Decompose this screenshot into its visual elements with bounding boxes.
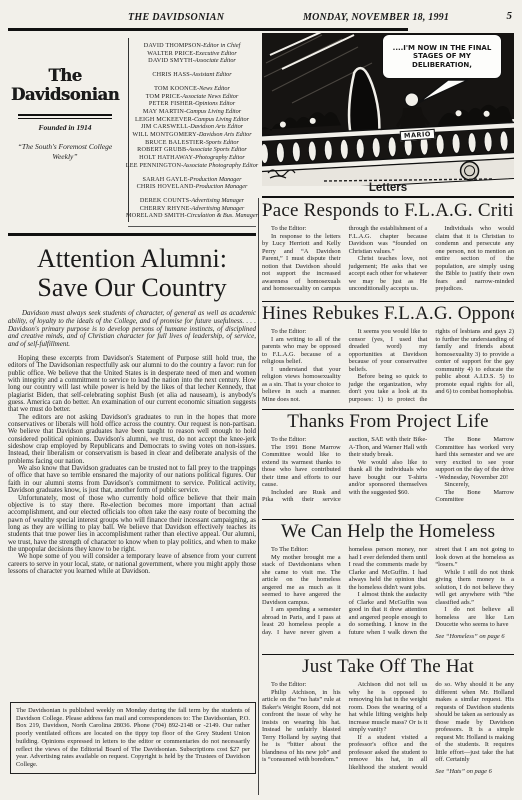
letter-paragraph: Individuals who would claim that it is C…: [435, 225, 514, 293]
editorial-title-line2: Save Our Country: [37, 273, 226, 302]
letter-paragraph: The Bone Marrow Committee has worked ver…: [435, 436, 514, 481]
letter-paragraph: The 1991 Bone Marrow Committee would lik…: [262, 444, 341, 489]
staff-line: LEIGH MCKEEVERCampus Living Editor: [118, 116, 266, 124]
masthead-bottom-rule: [128, 226, 256, 227]
continuation-note: See “Homeless” on page 6: [435, 633, 514, 641]
staff-name: MAY MARTIN: [143, 108, 184, 115]
letter-pace: Pace Responds to F.L.A.G. Critics To the…: [262, 199, 514, 301]
staff-line: ROBERT GRUBBAssociate Sports Editor: [118, 146, 266, 154]
letter-paragraph: To the Editor:: [262, 328, 341, 336]
staff-name: PETER FISHER: [149, 100, 193, 107]
staff-role: Associate News Editor: [180, 93, 238, 100]
staff-line: PETER FISHEROpinions Editor: [118, 100, 266, 108]
nameplate-founded: Founded in 1914: [6, 123, 124, 132]
staff-name: TOM PRICE: [146, 93, 181, 100]
staff-line: DAVID SMYTHAssociate Editor: [118, 57, 266, 65]
staff-name: WILL MONTGOMERY: [132, 131, 196, 138]
staff-role: Photography Editor: [193, 154, 245, 161]
editorial-top-rule: [8, 233, 256, 236]
staff-role: Sports Editor: [204, 139, 239, 146]
letter-paragraph: We would also like to thank all the indi…: [349, 459, 428, 497]
letter-paragraph: It seems you would like to censor (yes, …: [349, 328, 428, 373]
letter-body: To the Editor:I am writing to all of the…: [262, 328, 514, 406]
letter-hines: Hines Rebukes F.L.A.G. Opponents To the …: [262, 301, 514, 409]
staff-name: BRUCE BALESTIER: [145, 139, 204, 146]
letter-paragraph: I do not believe all homeless are like L…: [435, 606, 514, 629]
running-head-paper-name: THE DAVIDSONIAN: [128, 12, 224, 23]
staff-line: CHERRY RHYNEAdvertising Manager: [118, 205, 266, 213]
staff-line: CHRIS HASSAssistant Editor: [118, 71, 266, 79]
staff-name: CHRIS HOVELAND: [137, 183, 194, 190]
staff-line: JIM CARSWELLDavidson Arts Editor: [118, 123, 266, 131]
editorial-paragraph: The editors are not asking Davidson's gr…: [8, 414, 256, 465]
letter-paragraph: Philip Atchison, in his article on the “…: [262, 689, 341, 764]
letter-headline: We Can Help the Homeless: [262, 521, 514, 543]
letter-paragraphs: To The Editor:My mother brought me a sta…: [262, 546, 514, 640]
staff-line: LEE PENNINGTONAssociate Photography Edit…: [118, 162, 266, 170]
staff-group: SARAH GAYLEProduction ManagerCHRIS HOVEL…: [118, 176, 266, 191]
staff-role: Campus Living Editor: [184, 108, 241, 115]
staff-role: Associate Editor: [193, 57, 236, 64]
staff-group: DAVID THOMPSONEditor in ChiefWALTER PRIC…: [118, 42, 266, 65]
staff-role: Davidson Arts Editor: [188, 123, 243, 130]
editorial-paragraph: We hope some of you will consider a temp…: [8, 553, 256, 575]
newspaper-page: THE DAVIDSONIAN MONDAY, NOVEMBER 18, 199…: [0, 0, 522, 800]
cartoon-speech-bubble: ....I'm now in the final stages of my de…: [382, 34, 502, 79]
letter-paragraphs: To the Editor:Philip Atchison, in his ar…: [262, 681, 514, 775]
staff-name: ROBERT GRUBB: [137, 146, 186, 153]
letter-paragraph: My mother brought me a stack of Davidson…: [262, 554, 341, 607]
editorial-paragraph: We also know that Davidson graduates can…: [8, 465, 256, 494]
staff-name: DAVID SMYTH: [148, 57, 193, 64]
editorial-body: Hoping these excerpts from Davidson's St…: [8, 355, 256, 701]
editorial-paragraph: Hoping these excerpts from Davidson's St…: [8, 355, 256, 414]
staff-line: SARAH GAYLEProduction Manager: [118, 176, 266, 184]
staff-line: WALTER PRICEExecutive Editor: [118, 50, 266, 58]
staff-name: CHRIS HASS: [152, 71, 190, 78]
letter-paragraph: To The Editor:: [262, 546, 341, 554]
staff-name: JIM CARSWELL: [141, 123, 188, 130]
editorial-quote: Davidson must always seek students of ch…: [8, 310, 256, 349]
letter-body: To the Editor:Philip Atchison, in his ar…: [262, 681, 514, 791]
staff-role: Campus Living Editor: [192, 116, 249, 123]
staff-role: News Editor: [197, 85, 230, 92]
running-head-date: MONDAY, NOVEMBER 18, 1991: [303, 12, 449, 23]
staff-name: DEREK COUNTS: [140, 197, 189, 204]
staff-name: SARAH GAYLE: [142, 176, 187, 183]
continuation-note: See “Hats” on page 6: [435, 768, 514, 776]
staff-role: Opinions Editor: [193, 100, 235, 107]
letter-paragraph: Sincerely,: [435, 481, 514, 489]
letter-body: To the Editor:The 1991 Bone Marrow Commi…: [262, 436, 514, 516]
staff-role: Editor in Chief: [201, 42, 240, 49]
letter-paragraph: To the Editor:: [262, 436, 341, 444]
staff-line: CHRIS HOVELANDProduction Manager: [118, 183, 266, 191]
staff-role: Production Manager: [194, 183, 248, 190]
letters-rule: [262, 196, 514, 198]
editorial-article: Attention Alumni:Save Our Country Davids…: [8, 242, 256, 701]
staff-name: LEIGH MCKEEVER: [135, 116, 192, 123]
letter-paragraph: I am writing to all of the parents who m…: [262, 336, 341, 366]
staff-line: MAY MARTINCampus Living Editor: [118, 108, 266, 116]
letter-project-life: Thanks From Project Life To the Editor:T…: [262, 409, 514, 519]
letter-headline: Pace Responds to F.L.A.G. Critics: [262, 200, 514, 222]
colophon-box: The Davidsonian is published weekly on M…: [10, 702, 256, 774]
letter-paragraphs: To the Editor:In response to the letters…: [262, 225, 514, 299]
staff-group: DEREK COUNTSAdvertising ManagerCHERRY RH…: [118, 197, 266, 220]
letter-body: To The Editor:My mother brought me a sta…: [262, 546, 514, 650]
staff-line: WILL MONTGOMERYDavidson Arts Editor: [118, 131, 266, 139]
editorial-title: Attention Alumni:Save Our Country: [8, 244, 256, 302]
letter-paragraph: Christ teaches love, not judgement; He a…: [349, 255, 428, 293]
staff-role: Davidson Arts Editor: [197, 131, 252, 138]
staff-role: Associate Photography Editor: [181, 162, 258, 169]
letter-paragraphs: To the Editor:The 1991 Bone Marrow Commi…: [262, 436, 514, 504]
staff-name: LEE PENNINGTON: [126, 162, 181, 169]
column-divider: [258, 198, 259, 795]
staff-name: MORELAND SMITH: [126, 212, 185, 219]
staff-name: HOLT HATHAWAY: [139, 154, 193, 161]
letters-column: Pace Responds to F.L.A.G. Critics To the…: [262, 199, 514, 795]
staff-group: CHRIS HASSAssistant Editor: [118, 71, 266, 79]
letter-headline: Hines Rebukes F.L.A.G. Opponents: [262, 303, 514, 325]
staff-role: Executive Editor: [193, 50, 236, 57]
letter-paragraph: To the Editor:: [262, 225, 341, 233]
staff-name: DAVID THOMPSON: [144, 42, 201, 49]
staff-line: MORELAND SMITHCirculation & Bus. Manager: [118, 212, 266, 220]
staff-name: TOM KOONCE: [154, 85, 197, 92]
letter-headline: Thanks From Project Life: [262, 411, 514, 433]
letter-headline: Just Take Off The Hat: [262, 656, 514, 678]
letter-paragraph: I understand that your religion views ho…: [262, 366, 341, 404]
staff-role: Assistant Editor: [190, 71, 232, 78]
staff-line: TOM PRICEAssociate News Editor: [118, 93, 266, 101]
letter-paragraph: The Bone Marrow Committee: [435, 489, 514, 504]
staff-group: TOM KOONCENews EditorTOM PRICEAssociate …: [118, 85, 266, 170]
editorial-cartoon: ....I'm now in the final stages of my de…: [262, 33, 514, 186]
letters-section-label: Letters: [262, 182, 514, 194]
staff-role: Associate Sports Editor: [186, 146, 247, 153]
header-rule: [8, 28, 408, 31]
staff-line: TOM KOONCENews Editor: [118, 85, 266, 93]
staff-name: CHERRY RHYNE: [140, 205, 190, 212]
letter-homeless: We Can Help the Homeless To The Editor:M…: [262, 519, 514, 654]
staff-name: WALTER PRICE: [147, 50, 193, 57]
nameplate-title: The Davidsonian: [6, 66, 124, 104]
staff-line: HOLT HATHAWAYPhotography Editor: [118, 154, 266, 162]
nameplate-rule: [18, 114, 112, 119]
letter-paragraph: Atchison did not tell us why he is oppos…: [349, 681, 428, 734]
staff-line: BRUCE BALESTIERSports Editor: [118, 139, 266, 147]
letter-body: To the Editor:In response to the letters…: [262, 225, 514, 299]
letter-paragraph: To the Editor:: [262, 681, 341, 689]
editorial-paragraph: Unfortunately, most of those who current…: [8, 495, 256, 554]
nameplate-motto: “The South's Foremost College Weekly”: [6, 142, 124, 162]
nameplate: The Davidsonian Founded in 1914 “The Sou…: [6, 66, 124, 162]
staff-role: Advertising Manager: [189, 197, 244, 204]
letter-paragraphs: To the Editor:I am writing to all of the…: [262, 328, 514, 406]
staff-line: DEREK COUNTSAdvertising Manager: [118, 197, 266, 205]
staff-role: Production Manager: [188, 176, 242, 183]
staff-role: Advertising Manager: [189, 205, 244, 212]
letter-paragraph: While I still do not think giving them m…: [435, 569, 514, 607]
page-number: 5: [507, 10, 513, 22]
masthead-staff-list: DAVID THOMPSONEditor in ChiefWALTER PRIC…: [118, 42, 266, 226]
staff-role: Circulation & Bus. Manager: [185, 212, 258, 219]
staff-line: DAVID THOMPSONEditor in Chief: [118, 42, 266, 50]
letter-hat: Just Take Off The Hat To the Editor:Phil…: [262, 654, 514, 795]
editorial-title-line1: Attention Alumni:: [37, 244, 227, 273]
